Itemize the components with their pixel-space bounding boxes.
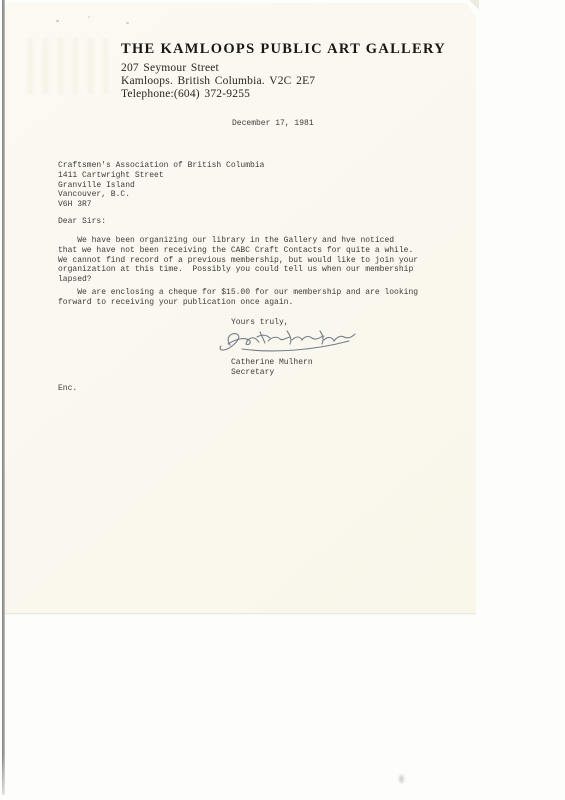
scan-speck [56, 20, 59, 22]
signature-ink-strokes [216, 329, 358, 356]
handwritten-signature [216, 329, 358, 356]
letterhead-address: 207 Seymour Street Kamloops. British Col… [121, 62, 446, 100]
paper-corner-fold [457, 0, 479, 18]
scan-edge-line [2, 0, 5, 795]
body-paragraph-2: We are enclosing a cheque for $15.00 for… [58, 288, 418, 308]
letter-date: December 17, 1981 [232, 119, 314, 129]
signer-name-title: Catherine Mulhern Secretary [231, 358, 313, 378]
scan-speck [126, 22, 129, 24]
embossed-watermark [28, 38, 112, 94]
closing-phrase: Yours truly, [231, 318, 289, 328]
letterhead: THE KAMLOOPS PUBLIC ART GALLERY 207 Seym… [121, 41, 446, 100]
scan-speck [88, 16, 90, 18]
paper-bottom-edge [5, 613, 476, 615]
letterhead-title: THE KAMLOOPS PUBLIC ART GALLERY [121, 41, 446, 58]
body-paragraph-1: We have been organizing our library in t… [58, 236, 418, 285]
enclosure-notation: Enc. [58, 384, 77, 394]
salutation: Dear Sirs: [58, 217, 106, 227]
scanned-letter-page: THE KAMLOOPS PUBLIC ART GALLERY 207 Seym… [0, 0, 565, 800]
recipient-address-block: Craftsmen's Association of British Colum… [58, 161, 264, 210]
scan-speck [399, 775, 404, 783]
